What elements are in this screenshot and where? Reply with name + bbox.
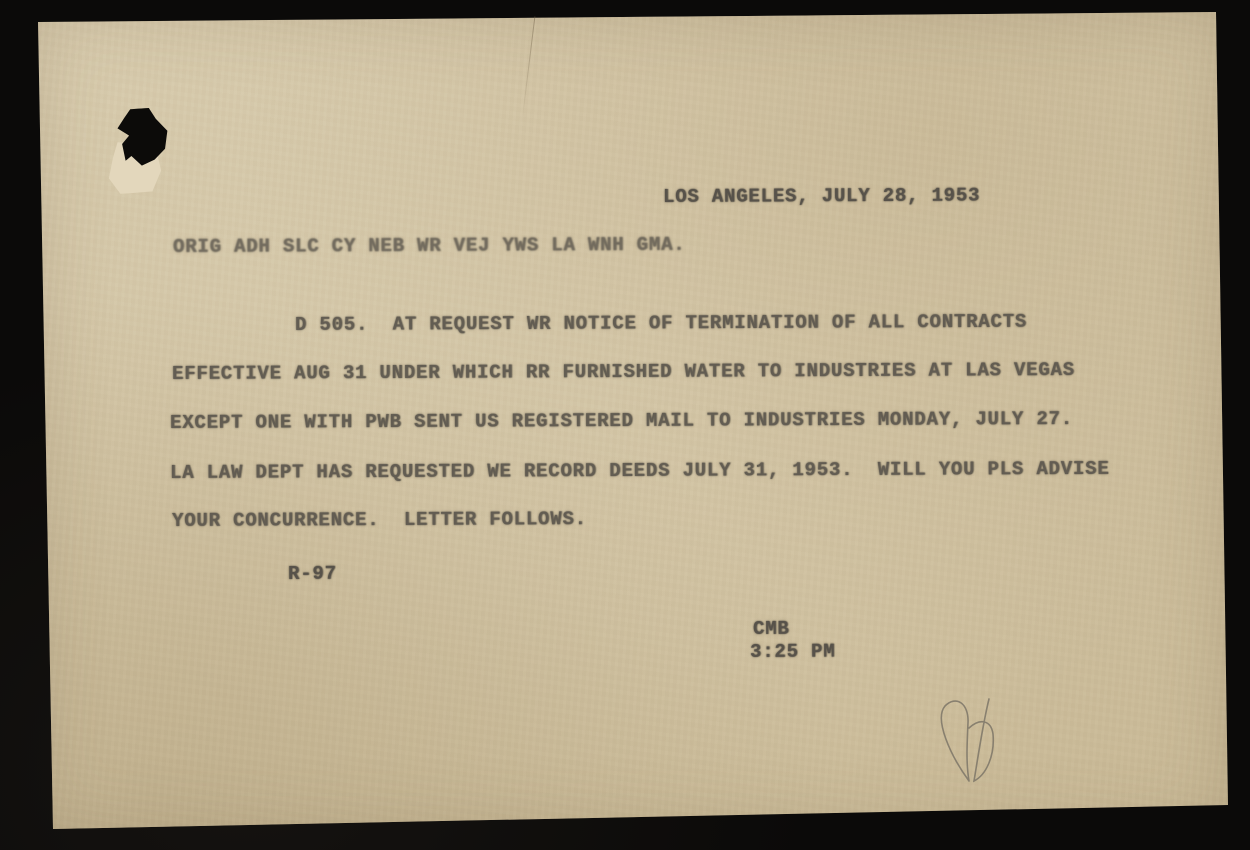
operator-initials: CMB [753,618,790,640]
body-line: D 505. AT REQUEST WR NOTICE OF TERMINATI… [295,311,1027,336]
time-stamp: 3:25 PM [750,641,836,663]
body-line: YOUR CONCURRENCE. LETTER FOLLOWS. [172,508,587,532]
body-line: LA LAW DEPT HAS REQUESTED WE RECORD DEED… [170,458,1110,484]
dateline: LOS ANGELES, JULY 28, 1953 [663,185,980,208]
body-line: EFFECTIVE AUG 31 UNDER WHICH RR FURNISHE… [172,359,1075,385]
body-line: EXCEPT ONE WITH PWB SENT US REGISTERED M… [170,408,1073,434]
handwritten-initials-icon [928,693,1002,791]
reference-number: R-97 [288,563,337,585]
routing-line: ORIG ADH SLC CY NEB WR VEJ YWS LA WNH GM… [173,234,686,258]
